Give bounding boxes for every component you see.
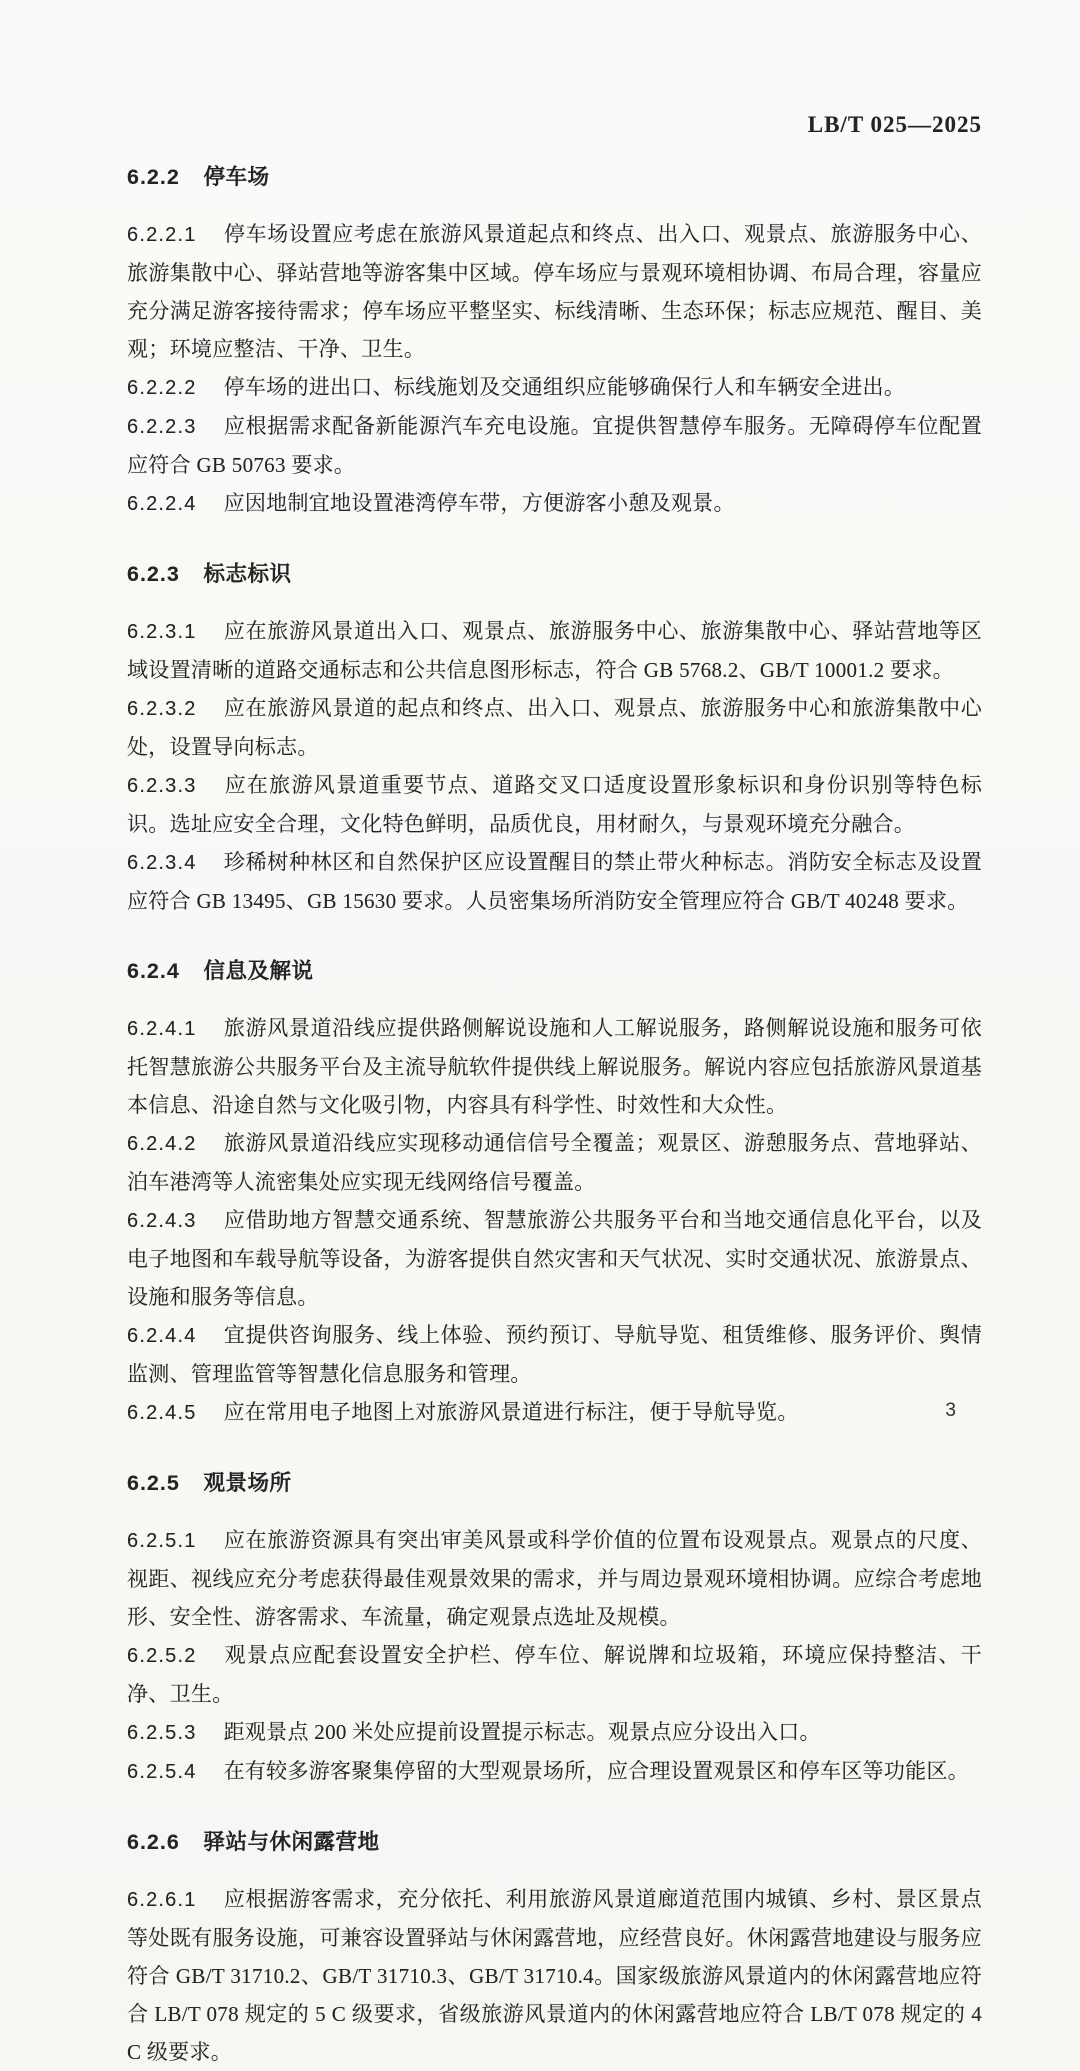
clause: 6.2.3.2应在旅游风景道的起点和终点、出入口、观景点、旅游服务中心和旅游集散…	[127, 689, 982, 766]
clause-number: 6.2.2.3	[127, 416, 197, 438]
document-page: LB/T 025—2025 6.2.2停车场 6.2.2.1停车场设置应考虑在旅…	[0, 0, 1080, 2071]
clause-number: 6.2.2.2	[127, 377, 197, 399]
clause: 6.2.3.4珍稀树种林区和自然保护区应设置醒目的禁止带火种标志。消防安全标志及…	[127, 843, 982, 920]
section-number: 6.2.4	[127, 959, 180, 983]
clause: 6.2.5.2观景点应配套设置安全护栏、停车位、解说牌和垃圾箱，环境应保持整洁、…	[127, 1636, 982, 1713]
clause: 6.2.2.4应因地制宜地设置港湾停车带，方便游客小憩及观景。	[127, 484, 982, 523]
clause-number: 6.2.3.4	[127, 852, 197, 874]
clause: 6.2.5.3距观景点 200 米处应提前设置提示标志。观景点应分设出入口。	[127, 1713, 982, 1752]
section-title: 信息及解说	[203, 959, 313, 983]
section-heading: 6.2.3标志标识	[127, 557, 982, 588]
section-title: 停车场	[203, 165, 269, 189]
clause-number: 6.2.5.2	[127, 1645, 197, 1667]
section-viewing-areas: 6.2.5观景场所 6.2.5.1应在旅游资源具有突出审美风景或科学价值的位置布…	[127, 1466, 982, 1791]
clause-text: 观景点应配套设置安全护栏、停车位、解说牌和垃圾箱，环境应保持整洁、干净、卫生。	[127, 1643, 982, 1706]
section-number: 6.2.2	[127, 165, 180, 189]
clause: 6.2.6.1应根据游客需求，充分依托、利用旅游风景道廊道范围内城镇、乡村、景区…	[127, 1880, 982, 2071]
clause-text: 应在旅游风景道重要节点、道路交叉口适度设置形象标识和身份识别等特色标识。选址应安…	[127, 773, 982, 836]
clause-text: 距观景点 200 米处应提前设置提示标志。观景点应分设出入口。	[224, 1720, 821, 1744]
clause-text: 停车场设置应考虑在旅游风景道起点和终点、出入口、观景点、旅游服务中心、旅游集散中…	[127, 222, 982, 361]
page-footer: 3	[945, 1400, 956, 1422]
clause: 6.2.4.2旅游风景道沿线应实现移动通信信号全覆盖；观景区、游憩服务点、营地驿…	[127, 1124, 982, 1201]
clause-text: 停车场的进出口、标线施划及交通组织应能够确保行人和车辆安全进出。	[224, 375, 906, 399]
section-number: 6.2.5	[127, 1471, 180, 1495]
clause: 6.2.4.3应借助地方智慧交通系统、智慧旅游公共服务平台和当地交通信息化平台，…	[127, 1201, 982, 1316]
clause-number: 6.2.6.1	[127, 1889, 197, 1911]
clause-number: 6.2.4.1	[127, 1018, 197, 1040]
standard-number: LB/T 025—2025	[808, 112, 982, 137]
clause-text: 旅游风景道沿线应提供路侧解说设施和人工解说服务，路侧解说设施和服务可依托智慧旅游…	[127, 1016, 982, 1117]
clause-text: 应在常用电子地图上对旅游风景道进行标注，便于导航导览。	[224, 1400, 799, 1424]
section-number: 6.2.3	[127, 562, 180, 586]
clause-number: 6.2.5.3	[127, 1722, 197, 1744]
clause-number: 6.2.2.1	[127, 224, 197, 246]
section-title: 驿站与休闲露营地	[203, 1830, 379, 1854]
clause: 6.2.5.1应在旅游资源具有突出审美风景或科学价值的位置布设观景点。观景点的尺…	[127, 1521, 982, 1636]
clause-number: 6.2.4.3	[127, 1210, 197, 1232]
document-header: LB/T 025—2025	[127, 112, 982, 138]
section-title: 观景场所	[203, 1471, 291, 1495]
document-body: 6.2.2停车场 6.2.2.1停车场设置应考虑在旅游风景道起点和终点、出入口、…	[127, 160, 982, 2071]
clause-text: 珍稀树种林区和自然保护区应设置醒目的禁止带火种标志。消防安全标志及设置应符合 G…	[127, 850, 982, 913]
clause-text: 应在旅游风景道出入口、观景点、旅游服务中心、旅游集散中心、驿站营地等区域设置清晰…	[127, 619, 982, 682]
section-heading: 6.2.2停车场	[127, 160, 982, 191]
clause: 6.2.2.2停车场的进出口、标线施划及交通组织应能够确保行人和车辆安全进出。	[127, 368, 982, 407]
clause-number: 6.2.3.3	[127, 775, 197, 797]
section-title: 标志标识	[203, 562, 291, 586]
clause-number: 6.2.3.2	[127, 698, 197, 720]
clause-number: 6.2.3.1	[127, 621, 197, 643]
clause-text: 应根据需求配备新能源汽车充电设施。宜提供智慧停车服务。无障碍停车位配置应符合 G…	[127, 414, 982, 477]
section-heading: 6.2.4信息及解说	[127, 954, 982, 985]
clause-number: 6.2.4.4	[127, 1325, 197, 1347]
clause: 6.2.3.1应在旅游风景道出入口、观景点、旅游服务中心、旅游集散中心、驿站营地…	[127, 612, 982, 689]
section-rest-stations-campsites: 6.2.6驿站与休闲露营地 6.2.6.1应根据游客需求，充分依托、利用旅游风景…	[127, 1825, 982, 2071]
clause-text: 应在旅游风景道的起点和终点、出入口、观景点、旅游服务中心和旅游集散中心处，设置导…	[127, 696, 982, 759]
clause-text: 应因地制宜地设置港湾停车带，方便游客小憩及观景。	[224, 491, 735, 515]
clause: 6.2.3.3应在旅游风景道重要节点、道路交叉口适度设置形象标识和身份识别等特色…	[127, 766, 982, 843]
clause-text: 宜提供咨询服务、线上体验、预约预订、导航导览、租赁维修、服务评价、舆情监测、管理…	[127, 1323, 982, 1386]
clause-number: 6.2.4.5	[127, 1402, 197, 1424]
clause-number: 6.2.5.1	[127, 1530, 197, 1552]
clause: 6.2.4.4宜提供咨询服务、线上体验、预约预订、导航导览、租赁维修、服务评价、…	[127, 1316, 982, 1393]
section-information-interpretation: 6.2.4信息及解说 6.2.4.1旅游风景道沿线应提供路侧解说设施和人工解说服…	[127, 954, 982, 1432]
section-signage: 6.2.3标志标识 6.2.3.1应在旅游风景道出入口、观景点、旅游服务中心、旅…	[127, 557, 982, 920]
clause-text: 应根据游客需求，充分依托、利用旅游风景道廊道范围内城镇、乡村、景区景点等处既有服…	[127, 1887, 982, 2064]
section-number: 6.2.6	[127, 1830, 180, 1854]
clause-number: 6.2.2.4	[127, 493, 197, 515]
clause-text: 在有较多游客聚集停留的大型观景场所，应合理设置观景区和停车区等功能区。	[224, 1759, 970, 1783]
section-heading: 6.2.5观景场所	[127, 1466, 982, 1497]
clause-text: 旅游风景道沿线应实现移动通信信号全覆盖；观景区、游憩服务点、营地驿站、泊车港湾等…	[127, 1131, 982, 1194]
clause-number: 6.2.4.2	[127, 1133, 197, 1155]
clause-number: 6.2.5.4	[127, 1761, 197, 1783]
clause-text: 应借助地方智慧交通系统、智慧旅游公共服务平台和当地交通信息化平台，以及电子地图和…	[127, 1208, 982, 1309]
clause-text: 应在旅游资源具有突出审美风景或科学价值的位置布设观景点。观景点的尺度、视距、视线…	[127, 1528, 982, 1629]
clause: 6.2.2.1停车场设置应考虑在旅游风景道起点和终点、出入口、观景点、旅游服务中…	[127, 215, 982, 368]
section-heading: 6.2.6驿站与休闲露营地	[127, 1825, 982, 1856]
clause: 6.2.5.4在有较多游客聚集停留的大型观景场所，应合理设置观景区和停车区等功能…	[127, 1752, 982, 1791]
clause: 6.2.4.1旅游风景道沿线应提供路侧解说设施和人工解说服务，路侧解说设施和服务…	[127, 1009, 982, 1124]
section-parking-lot: 6.2.2停车场 6.2.2.1停车场设置应考虑在旅游风景道起点和终点、出入口、…	[127, 160, 982, 523]
clause: 6.2.2.3应根据需求配备新能源汽车充电设施。宜提供智慧停车服务。无障碍停车位…	[127, 407, 982, 484]
page-number: 3	[945, 1400, 956, 1421]
clause: 6.2.4.5应在常用电子地图上对旅游风景道进行标注，便于导航导览。	[127, 1393, 982, 1432]
